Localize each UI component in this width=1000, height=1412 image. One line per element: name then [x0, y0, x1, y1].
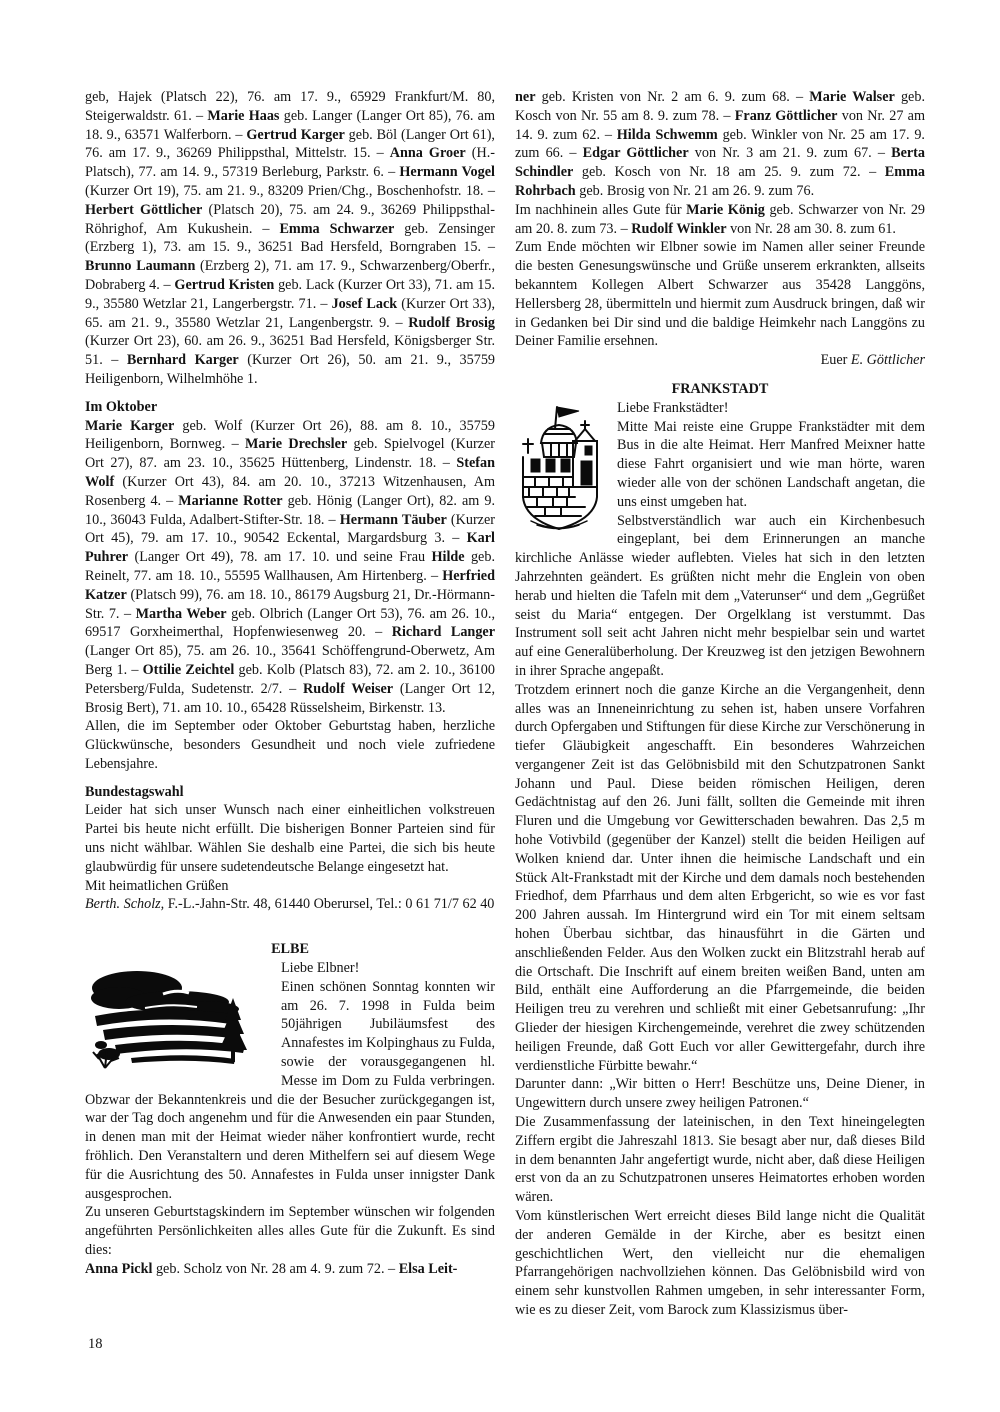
person-name: Josef Lack [332, 296, 398, 312]
italic-text: E. Göttlicher [851, 352, 925, 368]
paragraph: Trotzdem erinnert noch die ganze Kirche … [515, 681, 925, 1076]
person-name: Marie König [686, 202, 765, 218]
italic-text: Berth. Scholz, [85, 896, 164, 912]
person-name: Marie Drechsler [245, 436, 347, 452]
elbe-landscape-illustration [85, 962, 257, 1072]
body-text: (Langer Ort 49), 78. am 17. 10. und sein… [128, 549, 431, 565]
birthday-wishes: Allen, die im September oder Oktober Geb… [85, 717, 495, 773]
body-text: geb. Kosch von Nr. 18 am 25. 9. zum 72. … [573, 164, 884, 180]
body-text: von Nr. 3 am 21. 9. zum 67. – [689, 145, 891, 161]
body-text: Trotzdem erinnert noch die ganze Kirche … [515, 682, 925, 1074]
body-text: Darunter dann: „Wir bitten o Herr! Besch… [515, 1076, 925, 1111]
heading-frankstadt: FRANKSTADT [515, 380, 925, 399]
person-name: Bernhard Karger [127, 352, 239, 368]
newsletter-page: geb, Hajek (Platsch 22), 76. am 17. 9., … [0, 0, 1000, 1412]
body-text: Liebe Frankstädter! [617, 400, 728, 416]
bundestagswahl-text: Leider hat sich unser Wunsch nach einer … [85, 801, 495, 876]
signature-line: Euer E. Göttlicher [515, 351, 925, 370]
body-text: Mitte Mai reiste eine Gruppe Frankstädte… [617, 419, 925, 510]
person-name: Anna Groer [390, 145, 466, 161]
person-name: Richard Langer [392, 624, 495, 640]
column-right: ner geb. Kristen von Nr. 2 am 6. 9. zum … [515, 88, 925, 1320]
person-name: Rudolf Winkler [631, 221, 726, 237]
person-name: Hilda Schwemm [617, 127, 718, 143]
person-name: Marie Haas [207, 108, 279, 124]
person-name: Ottilie Zeichtel [143, 662, 235, 678]
body-text: Leider hat sich unser Wunsch nach einer … [85, 802, 495, 874]
body-text: Liebe Elbner! [281, 960, 359, 976]
body-text: Mit heimatlichen Grüßen [85, 878, 228, 894]
belated-wishes: Im nachhinein alles Gute für Marie König… [515, 201, 925, 239]
page-number: 18 [88, 1336, 103, 1353]
person-name: ner [515, 89, 536, 105]
person-name: Elsa Leit- [399, 1261, 458, 1277]
person-name: Herbert Göttlicher [85, 202, 202, 218]
person-name: Marie Walser [809, 89, 895, 105]
person-name: Gertrud Karger [246, 127, 344, 143]
body-text: (Kurzer Ort 19), 75. am 21. 9., 83209 Pr… [85, 183, 495, 199]
person-name: Rudolf Brosig [408, 315, 495, 331]
get-well-wishes: Zum Ende möchten wir Elbner sowie im Nam… [515, 238, 925, 351]
body-text: Die Zusammenfassung der lateinischen, in… [515, 1114, 925, 1205]
section-frankstadt: FRANKSTADT [515, 380, 925, 1320]
person-name: Rudolf Weiser [303, 681, 393, 697]
body-text: Vom künstlerischen Wert erreicht dieses … [515, 1208, 925, 1318]
body-text: Euer [821, 352, 851, 368]
paragraph: Anna Pickl geb. Scholz von Nr. 28 am 4. … [85, 1260, 495, 1279]
paragraph: Vom künstlerischen Wert erreicht dieses … [515, 1207, 925, 1320]
section-elbe: ELBE Li [85, 940, 495, 1278]
heading-elbe: ELBE [85, 940, 495, 959]
person-name: Martha Weber [136, 606, 227, 622]
contact-line: Berth. Scholz, F.-L.-Jahn-Str. 48, 61440… [85, 895, 495, 914]
body-text: geb. Kristen von Nr. 2 am 6. 9. zum 68. … [536, 89, 810, 105]
heading-im-oktober: Im Oktober [85, 398, 495, 417]
body-text: von Nr. 28 am 30. 8. zum 61. [727, 221, 896, 237]
person-name: Anna Pickl [85, 1261, 152, 1277]
body-text: Zu unseren Geburtstagskindern im Septemb… [85, 1204, 495, 1258]
person-name: Marie Karger [85, 418, 174, 434]
frankstadt-crest-illustration [515, 401, 605, 541]
column-left: geb, Hajek (Platsch 22), 76. am 17. 9., … [85, 88, 495, 1279]
body-text: F.-L.-Jahn-Str. 48, 61440 Oberursel, Tel… [164, 896, 494, 912]
paragraph: Darunter dann: „Wir bitten o Herr! Besch… [515, 1075, 925, 1113]
paragraph: Die Zusammenfassung der lateinischen, in… [515, 1113, 925, 1207]
person-name: Emma Schwarzer [279, 221, 394, 237]
paragraph: Zu unseren Geburtstagskindern im Septemb… [85, 1203, 495, 1259]
heading-bundestagswahl: Bundestagswahl [85, 783, 495, 802]
body-text: Zum Ende möchten wir Elbner sowie im Nam… [515, 239, 925, 349]
birthdays-october: Marie Karger geb. Wolf (Kurzer Ort 26), … [85, 417, 495, 718]
person-name: Edgar Göttlicher [583, 145, 689, 161]
person-name: Hermann Täuber [340, 512, 447, 528]
person-name: Brunno Laumann [85, 258, 195, 274]
greeting-line: Mit heimatlichen Grüßen [85, 877, 495, 896]
body-text: Im nachhinein alles Gute für [515, 202, 686, 218]
body-text: geb. Scholz von Nr. 28 am 4. 9. zum 72. … [152, 1261, 398, 1277]
birthdays-september-continued: geb, Hajek (Platsch 22), 76. am 17. 9., … [85, 88, 495, 389]
body-text: geb. Brosig von Nr. 21 am 26. 9. zum 76. [576, 183, 814, 199]
person-name: Hilde [431, 549, 464, 565]
body-text: Allen, die im September oder Oktober Geb… [85, 718, 495, 772]
person-name: Franz Göttlicher [735, 108, 838, 124]
person-name: Marianne Rotter [178, 493, 282, 509]
elbe-birthdays-continued: ner geb. Kristen von Nr. 2 am 6. 9. zum … [515, 88, 925, 201]
person-name: Gertrud Kristen [174, 277, 274, 293]
person-name: Hermann Vogel [399, 164, 495, 180]
